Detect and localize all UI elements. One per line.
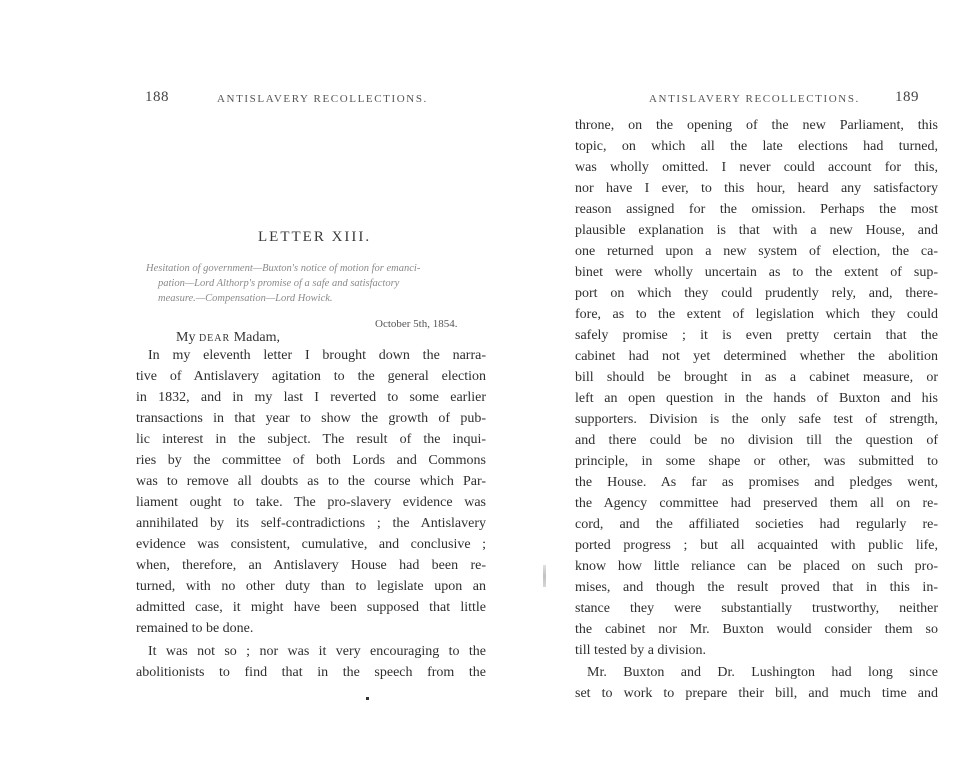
text-line: reason assigned for the omission. Perhap…	[575, 199, 938, 220]
text-line: binet were wholly uncertain as to the ex…	[575, 262, 938, 283]
text-line: In my eleventh letter I brought down the…	[148, 345, 486, 366]
text-line: left an open question in the hands of Bu…	[575, 388, 938, 409]
text-line: ported progress ; but all acquainted wit…	[575, 535, 938, 556]
salutation-word: Madam,	[234, 330, 280, 345]
text-line: the House. As far as promises and pledge…	[575, 472, 938, 493]
text-line: admitted case, it might have been suppos…	[136, 597, 486, 618]
running-head: ANTISLAVERY RECOLLECTIONS.	[217, 93, 428, 105]
running-head: ANTISLAVERY RECOLLECTIONS.	[649, 93, 860, 105]
text-line: throne, on the opening of the new Parlia…	[575, 115, 938, 136]
text-line: bill should be brought in as a cabinet m…	[575, 367, 938, 388]
text-line: topic, on which all the late elections h…	[575, 136, 938, 157]
summary-line: Hesitation of government—Buxton's notice…	[146, 261, 496, 276]
scan-artifact	[366, 697, 369, 700]
text-line: turned, with no other duty than to legis…	[136, 576, 486, 597]
text-line: safely promise ; it is even pretty certa…	[575, 325, 938, 346]
chapter-summary: Hesitation of government—Buxton's notice…	[146, 261, 496, 306]
text-line: when, therefore, an Antislavery House ha…	[136, 555, 486, 576]
text-line: the cabinet nor Mr. Buxton would conside…	[575, 619, 938, 640]
text-line: liament ought to take. The pro-slavery e…	[136, 492, 486, 513]
text-line: remained to be done.	[136, 618, 486, 639]
text-line: cabinet had not yet determined whether t…	[575, 346, 938, 367]
letter-title: LETTER XIII.	[258, 229, 371, 246]
summary-line: pation—Lord Althorp's promise of a safe …	[146, 276, 496, 291]
text-line: lic interest in the subject. The result …	[136, 429, 486, 450]
text-line: one returned upon a new system of electi…	[575, 241, 938, 262]
text-line: ries by the committee of both Lords and …	[136, 450, 486, 471]
text-line: evidence was consistent, cumulative, and…	[136, 534, 486, 555]
text-line: fore, as to the extent of legislation wh…	[575, 304, 938, 325]
text-line: set to work to prepare their bill, and m…	[575, 683, 938, 704]
text-line: nor have I ever, to this hour, heard any…	[575, 178, 938, 199]
text-line: in 1832, and in my last I reverted to so…	[136, 387, 486, 408]
text-line: cord, and the affiliated societies had r…	[575, 514, 938, 535]
salutation-word: dear	[199, 333, 230, 344]
text-line: Mr. Buxton and Dr. Lushington had long s…	[587, 662, 938, 683]
text-line: stance they were substantially trustwort…	[575, 598, 938, 619]
text-line: the Agency committee had preserved them …	[575, 493, 938, 514]
scan-artifact	[543, 565, 546, 587]
text-line: mises, and though the result proved that…	[575, 577, 938, 598]
salutation: My dear Madam,	[176, 330, 280, 346]
letter-date: October 5th, 1854.	[375, 318, 457, 330]
text-line: was wholly omitted. I never could accoun…	[575, 157, 938, 178]
text-line: know how little reliance can be placed o…	[575, 556, 938, 577]
text-line: It was not so ; nor was it very encourag…	[148, 641, 486, 662]
text-line: till tested by a division.	[575, 640, 938, 661]
text-line: transactions in that year to show the gr…	[136, 408, 486, 429]
text-line: port on which they could prudently rely,…	[575, 283, 938, 304]
page-number: 189	[895, 89, 919, 106]
text-line: and there could be no division till the …	[575, 430, 938, 451]
page-number: 188	[145, 89, 169, 106]
text-line: tive of Antislavery agitation to the gen…	[136, 366, 486, 387]
text-line: annihilated by its self-contradictions ;…	[136, 513, 486, 534]
text-line: was to remove all doubts as to the cours…	[136, 471, 486, 492]
text-line: principle, in some shape or other, was s…	[575, 451, 938, 472]
book-spread: 188 ANTISLAVERY RECOLLECTIONS. LETTER XI…	[0, 0, 980, 766]
summary-line: measure.—Compensation—Lord Howick.	[146, 291, 496, 306]
text-line: supporters. Division is the only safe te…	[575, 409, 938, 430]
salutation-word: My	[176, 330, 195, 345]
text-line: plausible explanation is that with a new…	[575, 220, 938, 241]
text-line: abolitionists to find that in the speech…	[136, 662, 486, 683]
